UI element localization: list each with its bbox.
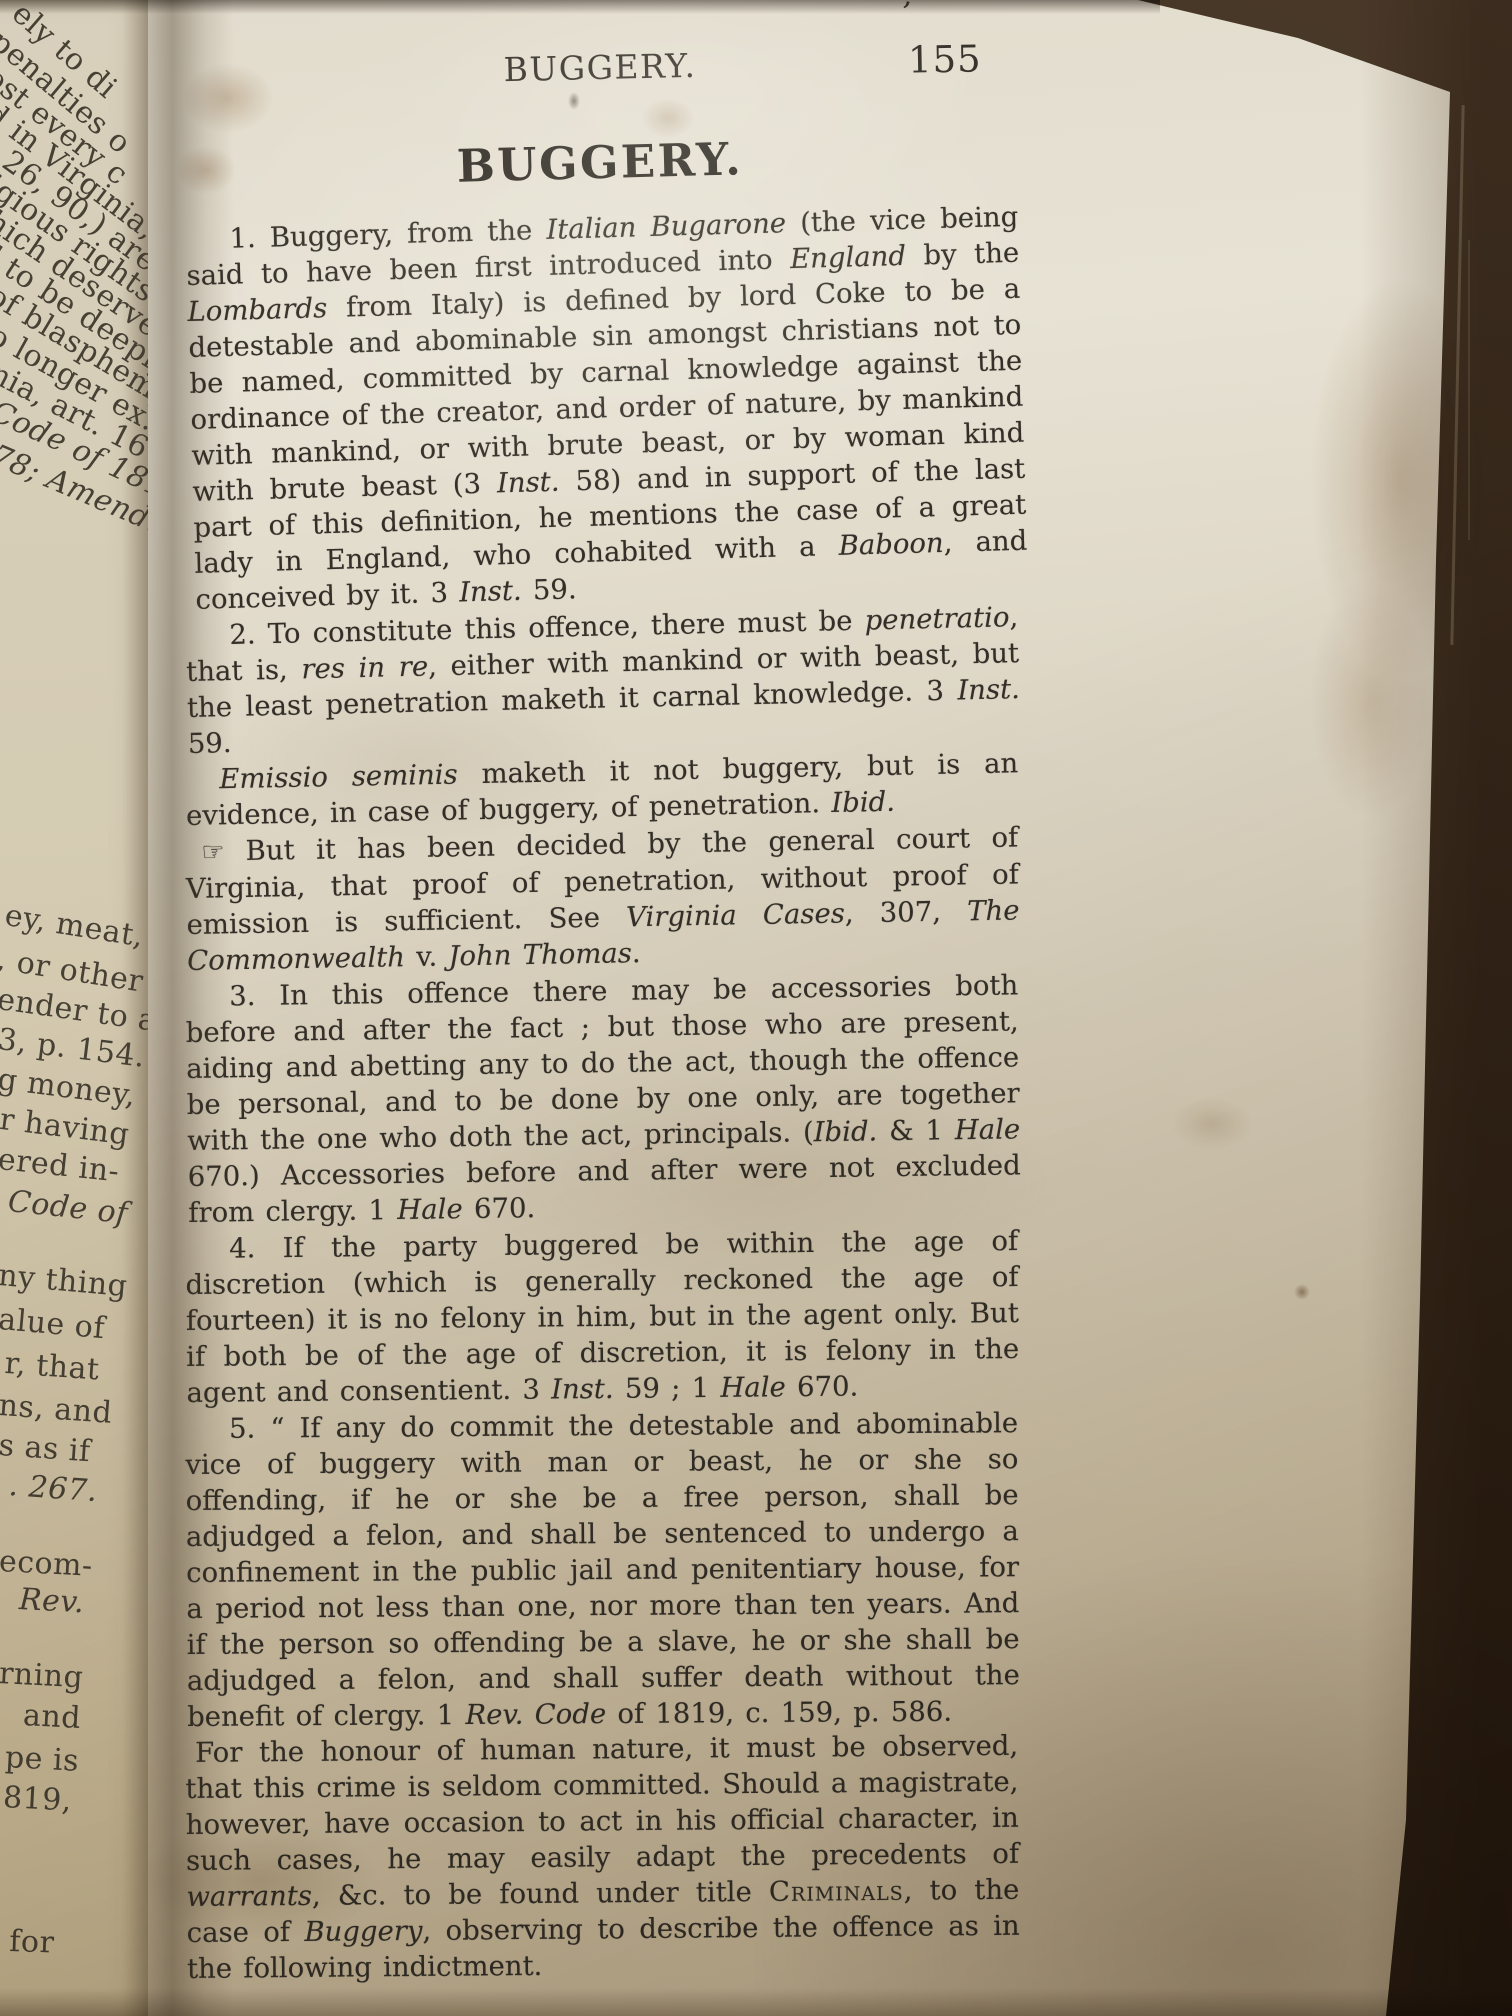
adjacent-page-text-fragment: s as if — [0, 1428, 92, 1469]
text-segment: Criminals — [769, 1875, 904, 1908]
adjacent-page-text-fragment: ecom- — [0, 1544, 94, 1584]
text-segment: John Thomas — [448, 937, 632, 972]
body-paragraph-1: 1. Buggery, from the Italian Bugarone (t… — [185, 199, 1029, 618]
text-segment: & 1 — [877, 1114, 955, 1147]
text-segment: Ibid. — [831, 786, 895, 819]
text-segment: For the honour of human nature, it must … — [185, 1730, 1019, 1877]
section-title: BUGGERY. — [184, 125, 1015, 200]
text-segment: penetratio — [864, 601, 1010, 636]
body-paragraph-5: 3. In this offence there may be accessor… — [185, 967, 1021, 1231]
adjacent-page-text-fragment: rning — [0, 1656, 84, 1695]
body-paragraph-4: ☞ But it has been decided by the general… — [185, 819, 1020, 979]
adjacent-page-text-fragment: ns, and — [0, 1388, 113, 1431]
body-text-block: 1. Buggery, from the Italian Bugarone (t… — [185, 222, 1018, 1987]
adjacent-page-text-fragment: for — [9, 1924, 55, 1961]
text-segment: England — [790, 240, 907, 275]
body-paragraph-7: 5. “ If any do commit the detestable and… — [185, 1405, 1020, 1735]
text-segment: Rev. Code — [465, 1698, 606, 1731]
text-segment: 670. — [786, 1371, 859, 1404]
body-paragraph-8: For the honour of human nature, it must … — [185, 1728, 1020, 1987]
text-segment: Inst. — [551, 1373, 614, 1406]
adjacent-page-text-fragment: Code of — [6, 1184, 129, 1231]
book-photo: ely to dipenalties oost every cd in Virg… — [0, 0, 1512, 2016]
text-segment: Ibid. — [813, 1115, 877, 1148]
text-segment: Virginia Cases — [626, 897, 845, 933]
text-segment: , &c. to be found under title — [312, 1876, 769, 1912]
book-page: BUGGERY. 155 ’ BUGGERY. 1. Buggery, from… — [148, 0, 1450, 2016]
text-segment: 1. Buggery, from the — [229, 214, 547, 255]
text-segment: Inst. — [459, 575, 522, 609]
text-segment: 59. — [521, 573, 577, 607]
stray-ink-mark: ’ — [896, 0, 913, 32]
page-number: 155 — [908, 37, 982, 81]
text-segment: v. — [405, 940, 449, 973]
body-paragraph-6: 4. If the party buggered be within the a… — [185, 1223, 1020, 1411]
text-segment: Inst. — [957, 673, 1020, 706]
text-segment: Italian Bugarone — [546, 207, 787, 246]
adjacent-page-text-fragment: 819, — [2, 1780, 73, 1819]
text-segment: Hale — [720, 1371, 786, 1404]
text-segment: Buggery — [304, 1915, 422, 1948]
adjacent-page-text-fragment: and — [22, 1698, 82, 1736]
manicule-icon: ☞ — [201, 837, 246, 868]
text-segment: , 307, — [845, 895, 968, 929]
body-paragraph-2: 2. To constitute this offence, there mus… — [185, 599, 1021, 762]
adjacent-page-text-fragment: alue of — [0, 1302, 106, 1346]
text-segment: Inst. — [497, 466, 560, 500]
text-segment: of 1819, c. 159, p. 586. — [606, 1696, 952, 1730]
text-segment: Baboon — [838, 527, 944, 562]
adjacent-page-text-fragment: r, that — [4, 1346, 101, 1388]
text-segment: by the — [905, 237, 1019, 272]
running-header-title: BUGGERY. — [185, 39, 1016, 97]
text-segment: Hale — [955, 1113, 1021, 1146]
adjacent-page-text-fragment: . 267. — [8, 1468, 99, 1509]
page-stack-edge — [1450, 105, 1464, 645]
text-segment: Lombards — [187, 292, 328, 328]
text-segment: 59. — [187, 727, 231, 760]
text-segment: 5. “ If any do commit the detestable and… — [185, 1407, 1020, 1733]
text-segment: Emissio seminis — [219, 759, 458, 796]
text-segment: Hale — [397, 1193, 463, 1226]
text-segment: . — [632, 937, 641, 969]
adjacent-page-text-fragment: Rev. — [18, 1582, 85, 1620]
text-segment: 670.) Accessories before and after were … — [188, 1149, 1021, 1229]
adjacent-page-text-fragment: ny thing — [0, 1258, 129, 1304]
text-segment: warrants — [186, 1880, 312, 1913]
text-segment: 59 ; 1 — [613, 1372, 720, 1405]
adjacent-page-edge: ely to dipenalties oost every cd in Virg… — [0, 0, 162, 2016]
adjacent-page-text-fragment: pe is — [4, 1740, 80, 1779]
text-segment: 670. — [463, 1192, 536, 1225]
text-segment: res in re — [301, 651, 428, 686]
page-stack-edge — [1468, 240, 1470, 540]
